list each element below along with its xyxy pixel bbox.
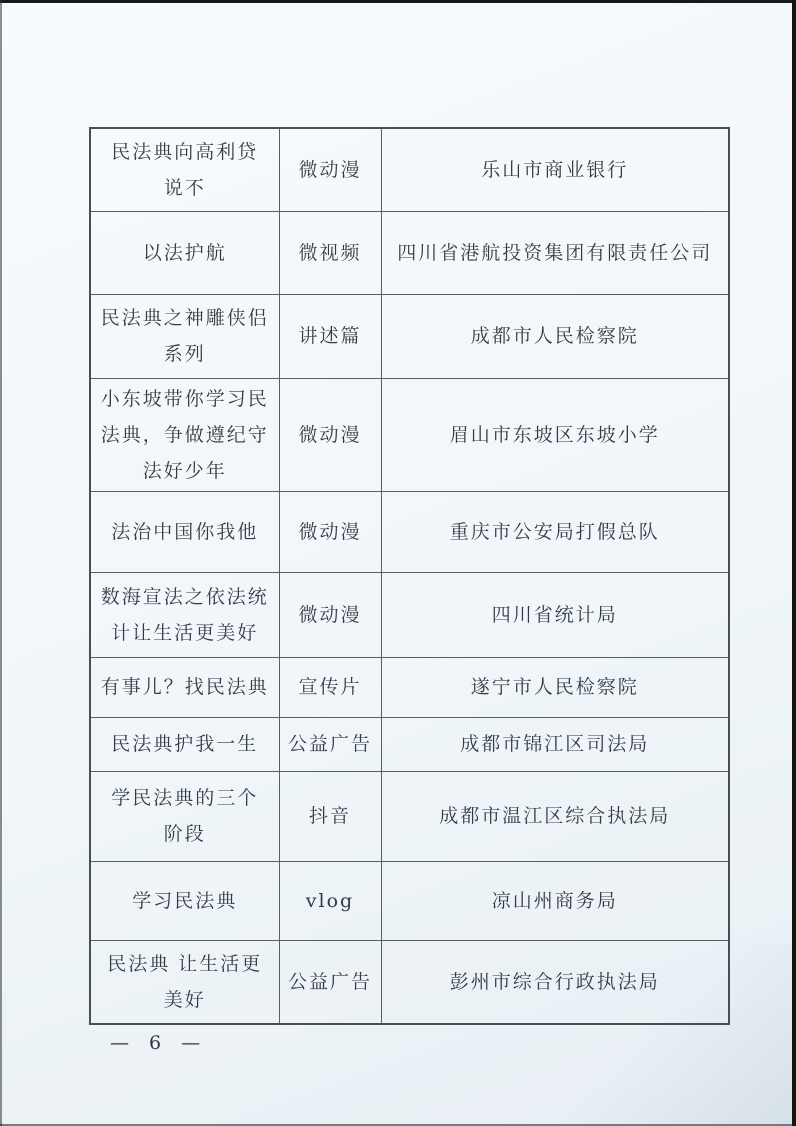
table-row: 民法典 让生活更 美好 公益广告 彭州市综合行政执法局	[90, 940, 729, 1024]
entry-organization: 彭州市综合行政执法局	[381, 940, 729, 1024]
entry-organization: 眉山市东坡区东坡小学	[381, 378, 729, 491]
entry-title: 民法典护我一生	[90, 717, 279, 771]
page-number: — 6 —	[110, 1032, 202, 1054]
entry-type: 公益广告	[279, 940, 381, 1024]
entry-organization: 遂宁市人民检察院	[381, 657, 729, 717]
entry-title: 有事儿？找民法典	[90, 657, 279, 717]
entry-type: 微动漫	[279, 572, 381, 657]
entry-title: 数海宣法之依法统 计让生活更美好	[90, 572, 279, 657]
entry-type: 公益广告	[279, 717, 381, 771]
entry-type: 微动漫	[279, 378, 381, 491]
entry-type: 宣传片	[279, 657, 381, 717]
entry-title: 以法护航	[90, 211, 279, 294]
entry-type: 抖音	[279, 771, 381, 861]
entry-organization: 重庆市公安局打假总队	[381, 491, 729, 572]
entry-title: 民法典之神雕侠侣 系列	[90, 294, 279, 378]
awards-entries-table: 民法典向高利贷 说不 微动漫 乐山市商业银行 以法护航 微视频 四川省港航投资集…	[89, 127, 730, 1025]
entry-title: 民法典向高利贷 说不	[90, 128, 279, 211]
scan-edge-right	[792, 0, 796, 1126]
table-row: 学民法典的三个 阶段 抖音 成都市温江区综合执法局	[90, 771, 729, 861]
entry-type: 讲述篇	[279, 294, 381, 378]
entry-type: 微动漫	[279, 128, 381, 211]
table-row: 数海宣法之依法统 计让生活更美好 微动漫 四川省统计局	[90, 572, 729, 657]
entry-title: 小东坡带你学习民 法典，争做遵纪守 法好少年	[90, 378, 279, 491]
table-row: 法治中国你我他 微动漫 重庆市公安局打假总队	[90, 491, 729, 572]
entry-organization: 成都市温江区综合执法局	[381, 771, 729, 861]
scan-edge-top	[0, 0, 796, 3]
table-row: 民法典护我一生 公益广告 成都市锦江区司法局	[90, 717, 729, 771]
table-row: 有事儿？找民法典 宣传片 遂宁市人民检察院	[90, 657, 729, 717]
entry-organization: 凉山州商务局	[381, 861, 729, 940]
entry-title: 民法典 让生活更 美好	[90, 940, 279, 1024]
table-row: 学习民法典 vlog 凉山州商务局	[90, 861, 729, 940]
table-row: 民法典向高利贷 说不 微动漫 乐山市商业银行	[90, 128, 729, 211]
entry-organization: 成都市人民检察院	[381, 294, 729, 378]
entry-title: 法治中国你我他	[90, 491, 279, 572]
entry-title: 学民法典的三个 阶段	[90, 771, 279, 861]
entry-type: 微动漫	[279, 491, 381, 572]
entry-organization: 四川省统计局	[381, 572, 729, 657]
table-row: 小东坡带你学习民 法典，争做遵纪守 法好少年 微动漫 眉山市东坡区东坡小学	[90, 378, 729, 491]
entry-organization: 四川省港航投资集团有限责任公司	[381, 211, 729, 294]
entry-type: vlog	[279, 861, 381, 940]
awards-entries-table-body: 民法典向高利贷 说不 微动漫 乐山市商业银行 以法护航 微视频 四川省港航投资集…	[90, 128, 729, 1024]
table-row: 以法护航 微视频 四川省港航投资集团有限责任公司	[90, 211, 729, 294]
entry-organization: 成都市锦江区司法局	[381, 717, 729, 771]
entry-title: 学习民法典	[90, 861, 279, 940]
entry-organization: 乐山市商业银行	[381, 128, 729, 211]
scanned-document-page: { "page": { "page_number": "— 6 —" }, "t…	[0, 0, 796, 1126]
entry-type: 微视频	[279, 211, 381, 294]
table-row: 民法典之神雕侠侣 系列 讲述篇 成都市人民检察院	[90, 294, 729, 378]
scan-edge-left	[0, 0, 2, 1126]
